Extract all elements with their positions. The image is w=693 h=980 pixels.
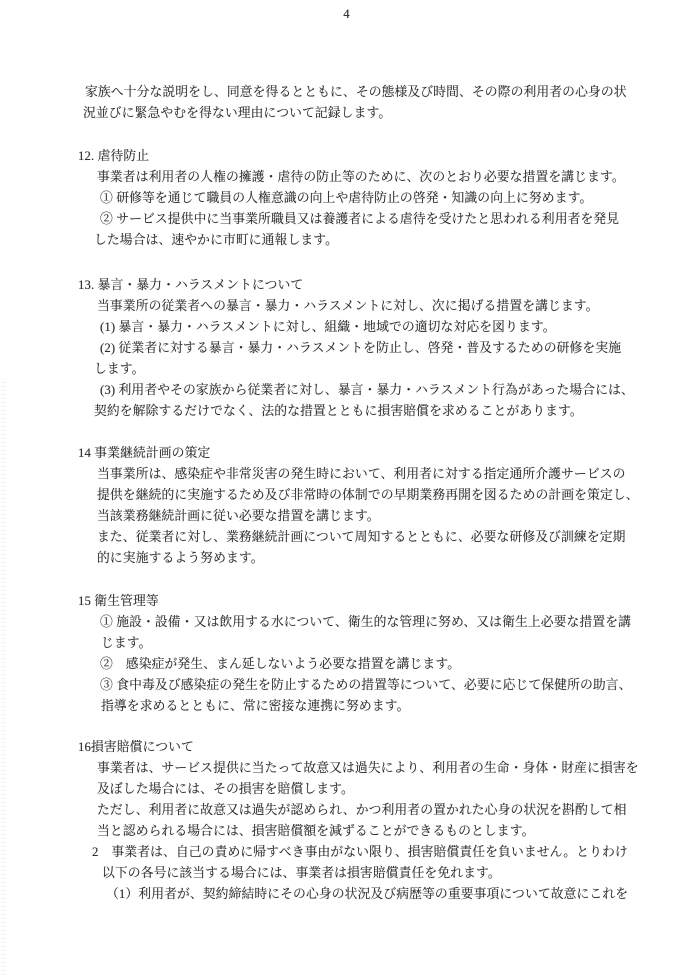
text-line: 提供を継続的に実施するため及び非常時の体制での早期業務再開を図るための計画を策定… [97,485,693,506]
text-line: ① 研修等を通じて職員の人権意識の向上や虐待防止の啓発・知識の向上に努めます。 [100,188,693,209]
text-line: 家族へ十分な説明をし、同意を得るとともに、その態様及び時間、その際の利用者の心身… [85,82,693,103]
text-line: 及ぼした場合には、その損害を賠償します。 [97,779,693,800]
scanned-document-page: 家族へ十分な説明をし、同意を得るとともに、その態様及び時間、その際の利用者の心身… [0,0,693,980]
text-line: ③ 食中毒及び感染症の発生を防止するための措置等について、必要に応じて保健所の助… [100,675,693,696]
text-line: ① 施設・設備・又は飲用する水について、衛生的な管理に努め、又は衛生上必要な措置… [100,612,693,633]
text-line: 当事業所は、感染症や非常災害の発生時において、利用者に対する指定通所介護サービス… [97,464,693,485]
text-line: 事業者は、サービス提供に当たって故意又は過失により、利用者の生命・身体・財産に損… [97,758,693,779]
section-heading: 14 事業継続計画の策定 [78,443,693,464]
section-16-damage-compensation: 16損害賠償について事業者は、サービス提供に当たって故意又は過失により、利用者の… [0,737,693,905]
text-line: （1）利用者が、契約締結時にその心身の状況及び病歴等の重要事項について故意にこれ… [106,884,693,905]
text-line: した場合は、速やかに市町に通報します。 [94,230,693,251]
text-line: 況並びに緊急やむを得ない理由について記録します。 [83,103,693,124]
text-line: ② サービス提供中に当事業所職員又は養護者による虐待を受けたと思われる利用者を発… [100,209,693,230]
section-heading: 13. 暴言・暴力・ハラスメントについて [78,275,693,296]
section-12-abuse-prevention: 12. 虐待防止事業者は利用者の人権の擁護・虐待の防止等のために、次のとおり必要… [0,146,693,251]
section-14-business-continuity-plan: 14 事業継続計画の策定当事業所は、感染症や非常災害の発生時において、利用者に対… [0,443,693,569]
text-line: (1) 暴言・暴力・ハラスメントに対し、組織・地域での適切な対応を図ります。 [100,317,693,338]
text-line: また、従業者に対し、業務継続計画について周知するとともに、必要な研修及び訓練を定… [97,527,693,548]
text-line: ② 感染症が発生、まん延しないよう必要な措置を講じます。 [100,654,693,675]
section-15-hygiene-management: 15 衛生管理等① 施設・設備・又は飲用する水について、衛生的な管理に努め、又は… [0,591,693,717]
document-body: 家族へ十分な説明をし、同意を得るとともに、その態様及び時間、その際の利用者の心身… [0,0,693,905]
section-heading: 16損害賠償について [78,737,693,758]
section-heading: 12. 虐待防止 [78,146,693,167]
text-line: (3) 利用者やその家族から従業者に対し、暴言・暴力・ハラスメント行為があった場… [100,380,693,401]
text-line: 契約を解除するだけでなく、法的な措置とともに損害賠償を求めることがあります。 [94,401,693,422]
carryover-paragraph: 家族へ十分な説明をし、同意を得るとともに、その態様及び時間、その際の利用者の心身… [0,82,693,124]
text-line: 当と認められる場合には、損害賠償額を減ずることができるものとします。 [97,821,693,842]
text-line: ただし、利用者に故意又は過失が認められ、かつ利用者の置かれた心身の状況を斟酌して… [97,800,693,821]
text-line: 指導を求めるとともに、常に密接な連携に努めます。 [101,696,693,717]
section-13-harassment: 13. 暴言・暴力・ハラスメントについて当事業所の従業者への暴言・暴力・ハラスメ… [0,275,693,422]
text-line: します。 [94,359,693,380]
text-line: 2 事業者は、自己の責めに帰すべき事由がない限り、損害賠償責任を負いません。とり… [92,842,693,863]
text-line: 以下の各号に該当する場合には、事業者は損害賠償責任を免れます。 [102,863,693,884]
text-line: 当事業所の従業者への暴言・暴力・ハラスメントに対し、次に掲げる措置を講じます。 [97,296,693,317]
text-line: 当該業務継続計画に従い必要な措置を講じます。 [97,506,693,527]
text-line: (2) 従業者に対する暴言・暴力・ハラスメントを防止し、啓発・普及するための研修… [100,338,693,359]
text-line: 事業者は利用者の人権の擁護・虐待の防止等のために、次のとおり必要な措置を講じます… [97,167,693,188]
section-heading: 15 衛生管理等 [78,591,693,612]
text-line: じます。 [101,633,693,654]
text-line: 的に実施するよう努めます。 [97,548,693,569]
